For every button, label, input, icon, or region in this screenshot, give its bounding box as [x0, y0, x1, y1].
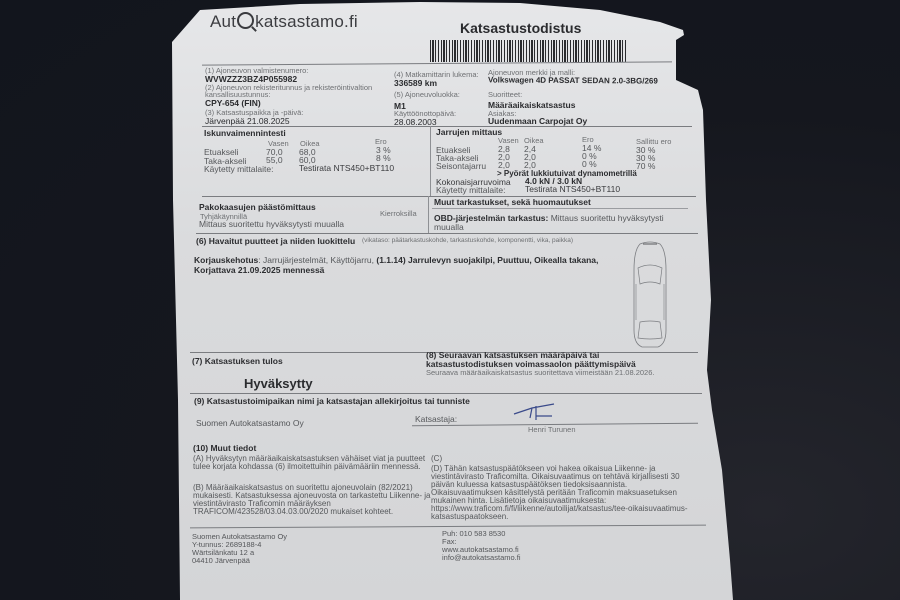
car-diagram-icon	[630, 240, 670, 350]
result-value: Hyväksytty	[244, 376, 313, 391]
other-info-c: (C)	[431, 454, 442, 463]
repair-path: : Jarrujärjestelmät, Käyttöjarru,	[258, 255, 374, 265]
emissions-title: Pakokaasujen päästömittaus	[199, 202, 316, 212]
next-text: Seuraava määräaikaiskatsastus suoritetta…	[426, 368, 654, 377]
divider	[430, 126, 431, 196]
divider	[432, 208, 688, 209]
inspector-name: Henri Turunen	[528, 425, 576, 434]
shock-device-label: Käytetty mittalaite:	[204, 164, 273, 174]
other-info-title: (10) Muut tiedot	[193, 443, 256, 453]
repair-deadline: Korjattava 21.09.2025 mennessä	[194, 265, 324, 275]
other-info-d-7: katsastuspaatokseen.	[431, 512, 508, 521]
logo-text-pre: Aut	[210, 12, 236, 31]
make-value: Volkswagen 4D PASSAT SEDAN 2.0-3BG/269	[488, 75, 658, 85]
other-info-b-4: TRAFICOM/423528/03.04.03.00/2020 mukaise…	[193, 507, 393, 516]
class-label: (5) Ajoneuvoluokka:	[394, 90, 460, 99]
shock-row-diff: 8 %	[376, 153, 391, 163]
shock-test-title: Iskunvaimennintesti	[204, 128, 286, 138]
reg-value: CPY-654 (FIN)	[205, 98, 261, 108]
emissions-rpm-label: Kierroksilla	[380, 209, 417, 218]
brake-row-diff: 0 %	[582, 159, 597, 169]
repair-detail: (1.1.14) Jarrulevyn suojakilpi, Puuttuu,…	[376, 255, 598, 265]
divider	[190, 525, 706, 529]
divider	[190, 393, 702, 394]
brake-row-name: Seisontajarru	[436, 161, 486, 171]
divider	[428, 196, 429, 233]
obd-text: Mittaus suoritettu hyväksytysti	[551, 213, 664, 223]
customer-value: Uudenmaan Carpojat Oy	[488, 116, 587, 126]
performed-label: Suoritteet:	[488, 90, 522, 99]
emissions-text: Mittaus suoritettu hyväksytysti muualla	[199, 219, 344, 229]
logo: Autkatsastamo.fi	[210, 12, 358, 32]
signature-label: (9) Katsastustoimipaikan nimi ja katsast…	[194, 396, 470, 406]
station-name: Suomen Autokatsastamo Oy	[196, 418, 304, 428]
odometer-value: 336589 km	[394, 78, 437, 88]
signature-mark	[512, 402, 556, 422]
inspector-label: Katsastaja:	[415, 414, 457, 424]
brake-test-title: Jarrujen mittaus	[436, 127, 502, 137]
divider	[196, 233, 698, 234]
brake-device-label: Käytetty mittalaite:	[436, 185, 505, 195]
defects-title: (6) Havaitut puutteet ja niiden luokitte…	[196, 236, 355, 246]
divider	[202, 61, 672, 65]
brake-row-allowed: 70 %	[636, 161, 655, 171]
barcode	[430, 40, 628, 62]
other-checks-title: Muut tarkastukset, sekä huomautukset	[434, 197, 591, 207]
result-label: (7) Katsastuksen tulos	[192, 356, 283, 366]
obd-text-2: muualla	[434, 222, 464, 232]
footer-email[interactable]: info@autokatsastamo.fi	[442, 553, 521, 562]
repair-label: Korjauskehotus	[194, 255, 258, 265]
place-value: Järvenpää 21.08.2025	[205, 116, 290, 126]
obd-line: OBD-järjestelmän tarkastus: Mittaus suor…	[434, 213, 664, 223]
other-info-a-2: tulee korjata kohdassa (6) ilmoitettuihi…	[193, 462, 421, 471]
shock-device-value: Testirata NTS450+BT110	[299, 163, 394, 173]
logo-text-post: katsastamo.fi	[255, 12, 358, 31]
brake-device-value: Testirata NTS450+BT110	[525, 184, 620, 194]
magnifier-car-icon	[237, 12, 254, 29]
repair-recommendation: Korjauskehotus: Jarrujärjestelmät, Käytt…	[194, 255, 598, 265]
document-title: Katsastustodistus	[460, 20, 581, 36]
footer-postal: 04410 Järvenpää	[192, 556, 250, 565]
defects-subtitle: (vikataso: päätarkastuskohde, tarkastusk…	[362, 237, 573, 244]
